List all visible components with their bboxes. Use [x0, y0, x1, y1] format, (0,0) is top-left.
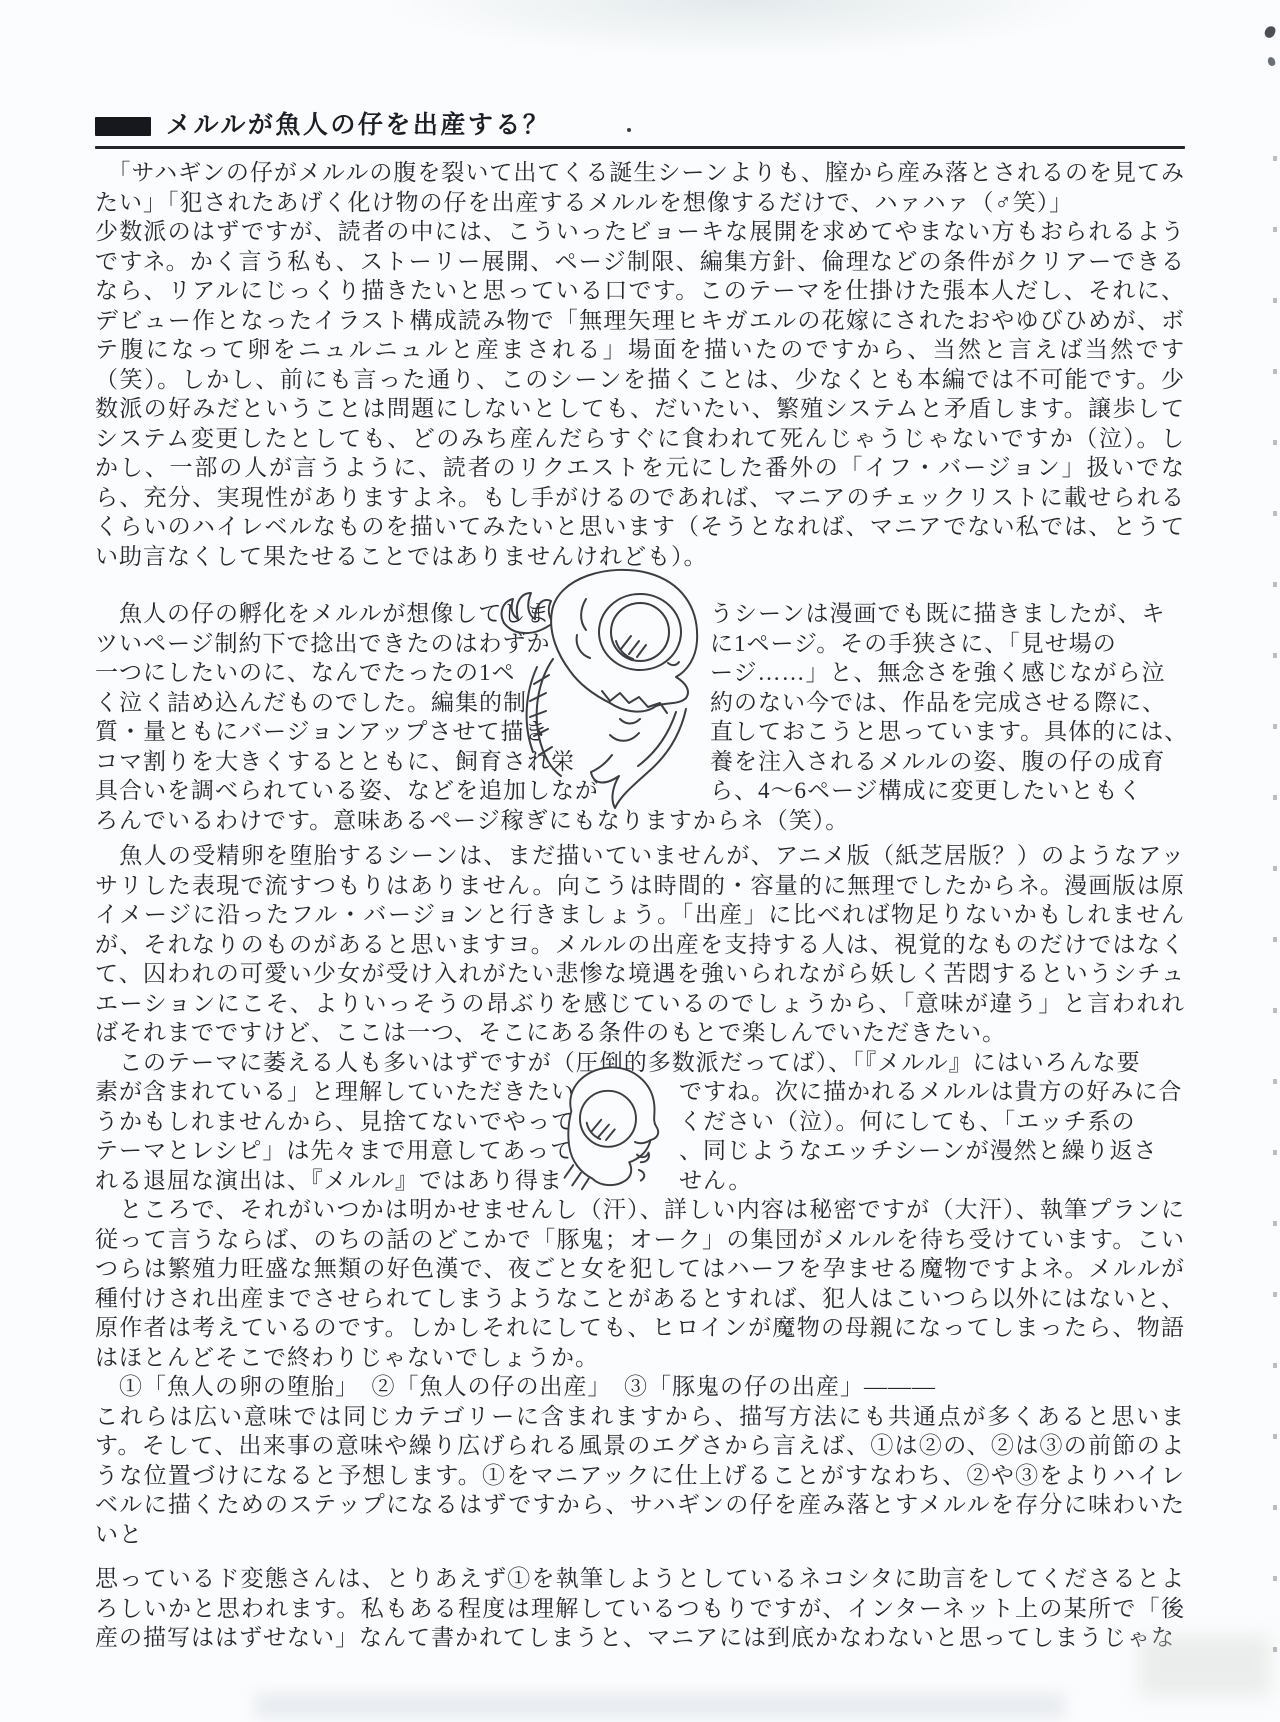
page-title: メルルが魚人の仔を出産する？ — [166, 113, 550, 139]
wrap-line-left: れる退屈な演出は、『メルル』ではあり得ま — [95, 1166, 579, 1196]
wrap-line-right: 約のない今では、作品を完成させる際に、 — [710, 688, 1185, 718]
numbered-list-line: ①「魚人の卵の堕胎」 ②「魚人の仔の出産」 ③「豚鬼の仔の出産」――― — [95, 1372, 1185, 1402]
paragraph-7: 思っているド変態さんは、とりあえず①を執筆しようとしているネコシタに助言をしてく… — [95, 1564, 1185, 1653]
wrap-line-right: 直しておこうと思っています。具体的には、 — [710, 717, 1188, 747]
wrap-line-right: 養を注入されるメルルの姿、腹の仔の成育 — [710, 747, 1185, 777]
wrap-line-right: せん。 — [679, 1166, 1185, 1196]
scan-ink-blob — [1267, 56, 1276, 66]
wrap-line-right: ください（泣）。何にしても、「エッチ系の — [679, 1107, 1185, 1137]
wrap-line-right: ージ……」と、無念さを強く感じながら泣 — [710, 658, 1185, 688]
wrap-line-right: に1ページ。その手狭さに、「見せ場の — [710, 629, 1185, 659]
article-header: メルルが魚人の仔を出産する？ — [95, 113, 1185, 139]
wrap-section-1: 魚人の仔の孵化をメルルが想像してしまうシーンは漫画でも既に描きましたが、キ ツい… — [95, 599, 1185, 806]
wrap-line-left: 素が含まれている」と理解していただきたい — [95, 1077, 579, 1107]
section-marker-bar — [95, 117, 151, 136]
wrap-line-right: 、同じようなエッチシーンが漫然と繰り返さ — [679, 1136, 1185, 1166]
scan-ink-blob — [1263, 25, 1276, 40]
scanned-page: メルルが魚人の仔を出産する？ 「サハギンの仔がメルルの腹を裂いて出てくる誕生シー… — [0, 0, 1280, 1722]
wrap-line-right: うシーンは漫画でも既に描きましたが、キ — [710, 599, 1185, 629]
wrap-line-right: ら、4～6ページ構成に変更したいともく — [710, 776, 1185, 806]
title-underline — [95, 146, 1185, 149]
scan-smudge-bottom — [255, 1693, 1065, 1719]
scan-edge-specks — [1273, 90, 1277, 1670]
wrap-section-2: 素が含まれている」と理解していただきたいですね。次に描かれるメルルは貴方の好みに… — [95, 1077, 1185, 1195]
fish-embryo-egg-sketch — [543, 1057, 671, 1197]
wrap-line-right: ですね。次に描かれるメルルは貴方の好みに合 — [679, 1077, 1185, 1107]
paragraph-5: ところで、それがいつかは明かせませんし（汗）、詳しい内容は秘密ですが（大汗）、執… — [95, 1195, 1185, 1372]
paragraph-3: 魚人の受精卵を堕胎するシーンは、まだ描いていませんが、アニメ版（紙芝居版？）のよ… — [95, 841, 1185, 1048]
scan-smudge-top — [380, 0, 1100, 58]
paragraph-1: 少数派のはずですが、読者の中には、こういったビョーキな展開を求めてやまない方もお… — [95, 217, 1185, 571]
paragraph-quotes: 「サハギンの仔がメルルの腹を裂いて出てくる誕生シーンよりも、膣から産み落とされる… — [95, 158, 1185, 217]
paragraph-6: これらは広い意味では同じカテゴリーに含まれますから、描写方法にも共通点が多くある… — [95, 1402, 1185, 1550]
wrap-line-left: テーマとレシピ」は先々まで用意してあって — [95, 1136, 579, 1166]
wrap-line-left: うかもしれませんから、見捨てないでやって — [95, 1107, 579, 1137]
fish-embryo-skull-sketch — [490, 559, 710, 817]
